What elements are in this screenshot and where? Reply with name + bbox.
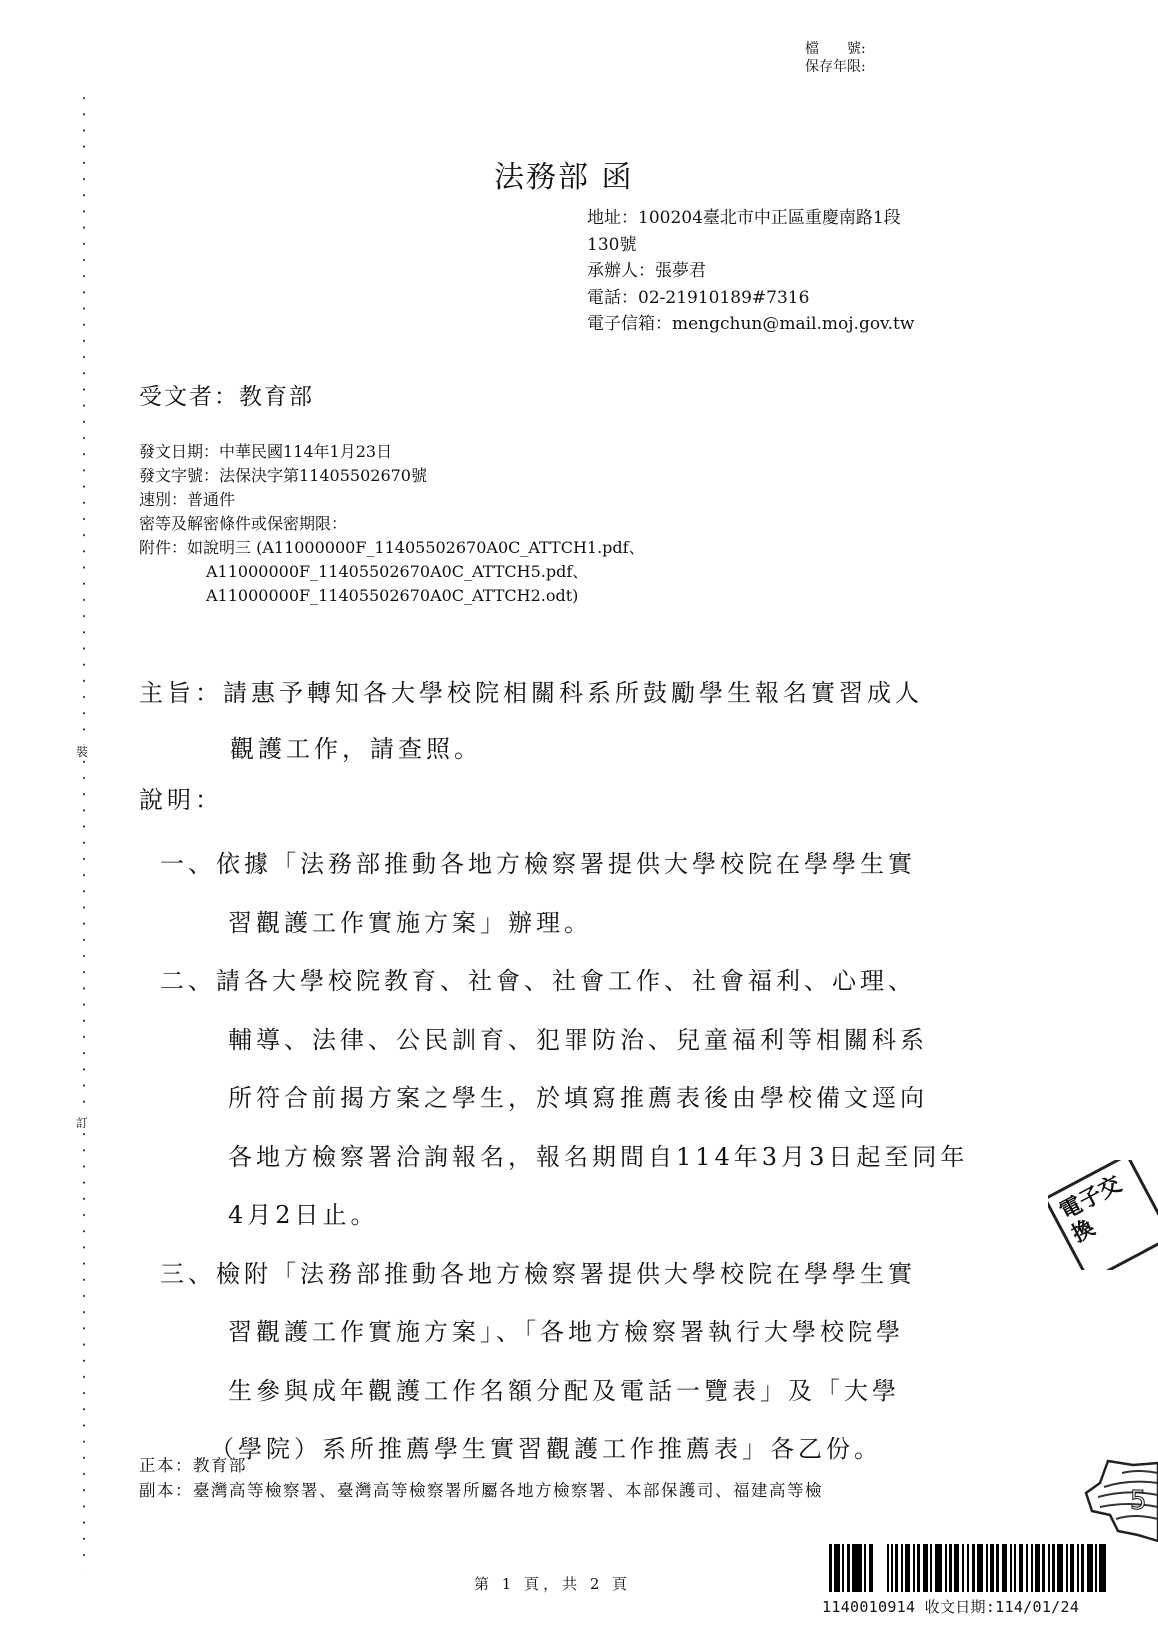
stamp-text: 電子交換 [1048,1160,1158,1270]
priority: 速別：普通件 [139,488,645,512]
binding-margin-line [83,90,85,1570]
document-title: 法務部 函 [494,152,634,196]
electronic-exchange-stamp: 電子交換 [1048,1160,1158,1270]
file-number-label: 檔 號: [805,40,866,58]
document-meta: 發文日期：中華民國114年1月23日 發文字號：法保決字第11405502670… [139,440,645,608]
item-line: 習觀護工作實施方案」辦理。 [160,894,968,953]
item-line: 二、請各大學校院教育、社會、社會工作、社會福利、心理、 [160,952,968,1011]
explanation-items: 一、依據「法務部推動各地方檢察署提供大學校院在學學生實 習觀護工作實施方案」辦理… [160,835,968,1479]
binding-mark-middle: 訂 [76,1116,88,1130]
item-line: 輔導、法律、公民訓育、犯罪防治、兒童福利等相關科系 [160,1011,968,1070]
item-line: 一、依據「法務部推動各地方檢察署提供大學校院在學學生實 [160,835,968,894]
item-line: 三、檢附「法務部推動各地方檢察署提供大學校院在學學生實 [160,1245,968,1304]
document-number: 發文字號：法保決字第11405502670號 [139,464,645,488]
item-line: 4月2日止。 [160,1186,968,1245]
explanation-item-2: 二、請各大學校院教育、社會、社會工作、社會福利、心理、 輔導、法律、公民訓育、犯… [160,952,968,1245]
sequence-seal-stamp: 5 [1078,1453,1158,1543]
barcode-receipt-text: 1140010914 收文日期:114/01/24 [822,1596,1079,1617]
contact-person: 承辦人：張夢君 [587,258,914,285]
barcode-icon [829,1544,1106,1592]
item-line: 各地方檢察署洽詢報名，報名期間自114年3月3日起至同年 [160,1128,968,1187]
attachments-line: A11000000F_11405502670A0C_ATTCH2.odt) [139,584,645,608]
contact-phone: 電話：02-21910189#7316 [587,285,914,312]
subject-line: 觀護工作，請查照。 [139,721,923,777]
issue-date: 發文日期：中華民國114年1月23日 [139,440,645,464]
sender-info: 地址：100204臺北市中正區重慶南路1段 130號 承辦人：張夢君 電話：02… [587,205,914,338]
contact-email: 電子信箱：mengchun@mail.moj.gov.tw [587,311,914,338]
original-recipient: 正本：教育部 [139,1453,823,1478]
explanation-item-3: 三、檢附「法務部推動各地方檢察署提供大學校院在學學生實 習觀護工作實施方案」、「… [160,1245,968,1479]
item-line: 習觀護工作實施方案」、「各地方檢察署執行大學校院學 [160,1303,968,1362]
copy-recipients: 副本：臺灣高等檢察署、臺灣高等檢察署所屬各地方檢察署、本部保護司、福建高等檢 [139,1478,823,1503]
explanation-heading: 說明： [139,780,223,815]
sender-address-line2: 130號 [587,232,914,259]
explanation-item-1: 一、依據「法務部推動各地方檢察署提供大學校院在學學生實 習觀護工作實施方案」辦理… [160,835,968,952]
recipient: 受文者：教育部 [139,378,314,411]
file-number-block: 檔 號: 保存年限: [805,40,866,76]
subject: 主旨：請惠予轉知各大學校院相關科系所鼓勵學生報名實習成人 觀護工作，請查照。 [139,665,923,777]
item-line: 生參與成年觀護工作名額分配及電話一覽表」及「大學 [160,1362,968,1421]
distribution: 正本：教育部 副本：臺灣高等檢察署、臺灣高等檢察署所屬各地方檢察署、本部保護司、… [139,1453,823,1503]
subject-line: 主旨：請惠予轉知各大學校院相關科系所鼓勵學生報名實習成人 [139,665,923,721]
attachments-line: 附件：如說明三 (A11000000F_11405502670A0C_ATTCH… [139,536,645,560]
page-indicator: 第 1 頁，共 2 頁 [474,1573,631,1594]
binding-mark-top: 裝 [76,745,88,759]
item-line: 所符合前揭方案之學生，於填寫推薦表後由學校備文逕向 [160,1069,968,1128]
classification: 密等及解密條件或保密期限： [139,512,645,536]
sender-address-line1: 地址：100204臺北市中正區重慶南路1段 [587,205,914,232]
retention-label: 保存年限: [805,58,866,76]
attachments-line: A11000000F_11405502670A0C_ATTCH5.pdf、 [139,560,645,584]
svg-text:5: 5 [1130,1486,1147,1516]
seal-icon: 5 [1078,1453,1158,1543]
